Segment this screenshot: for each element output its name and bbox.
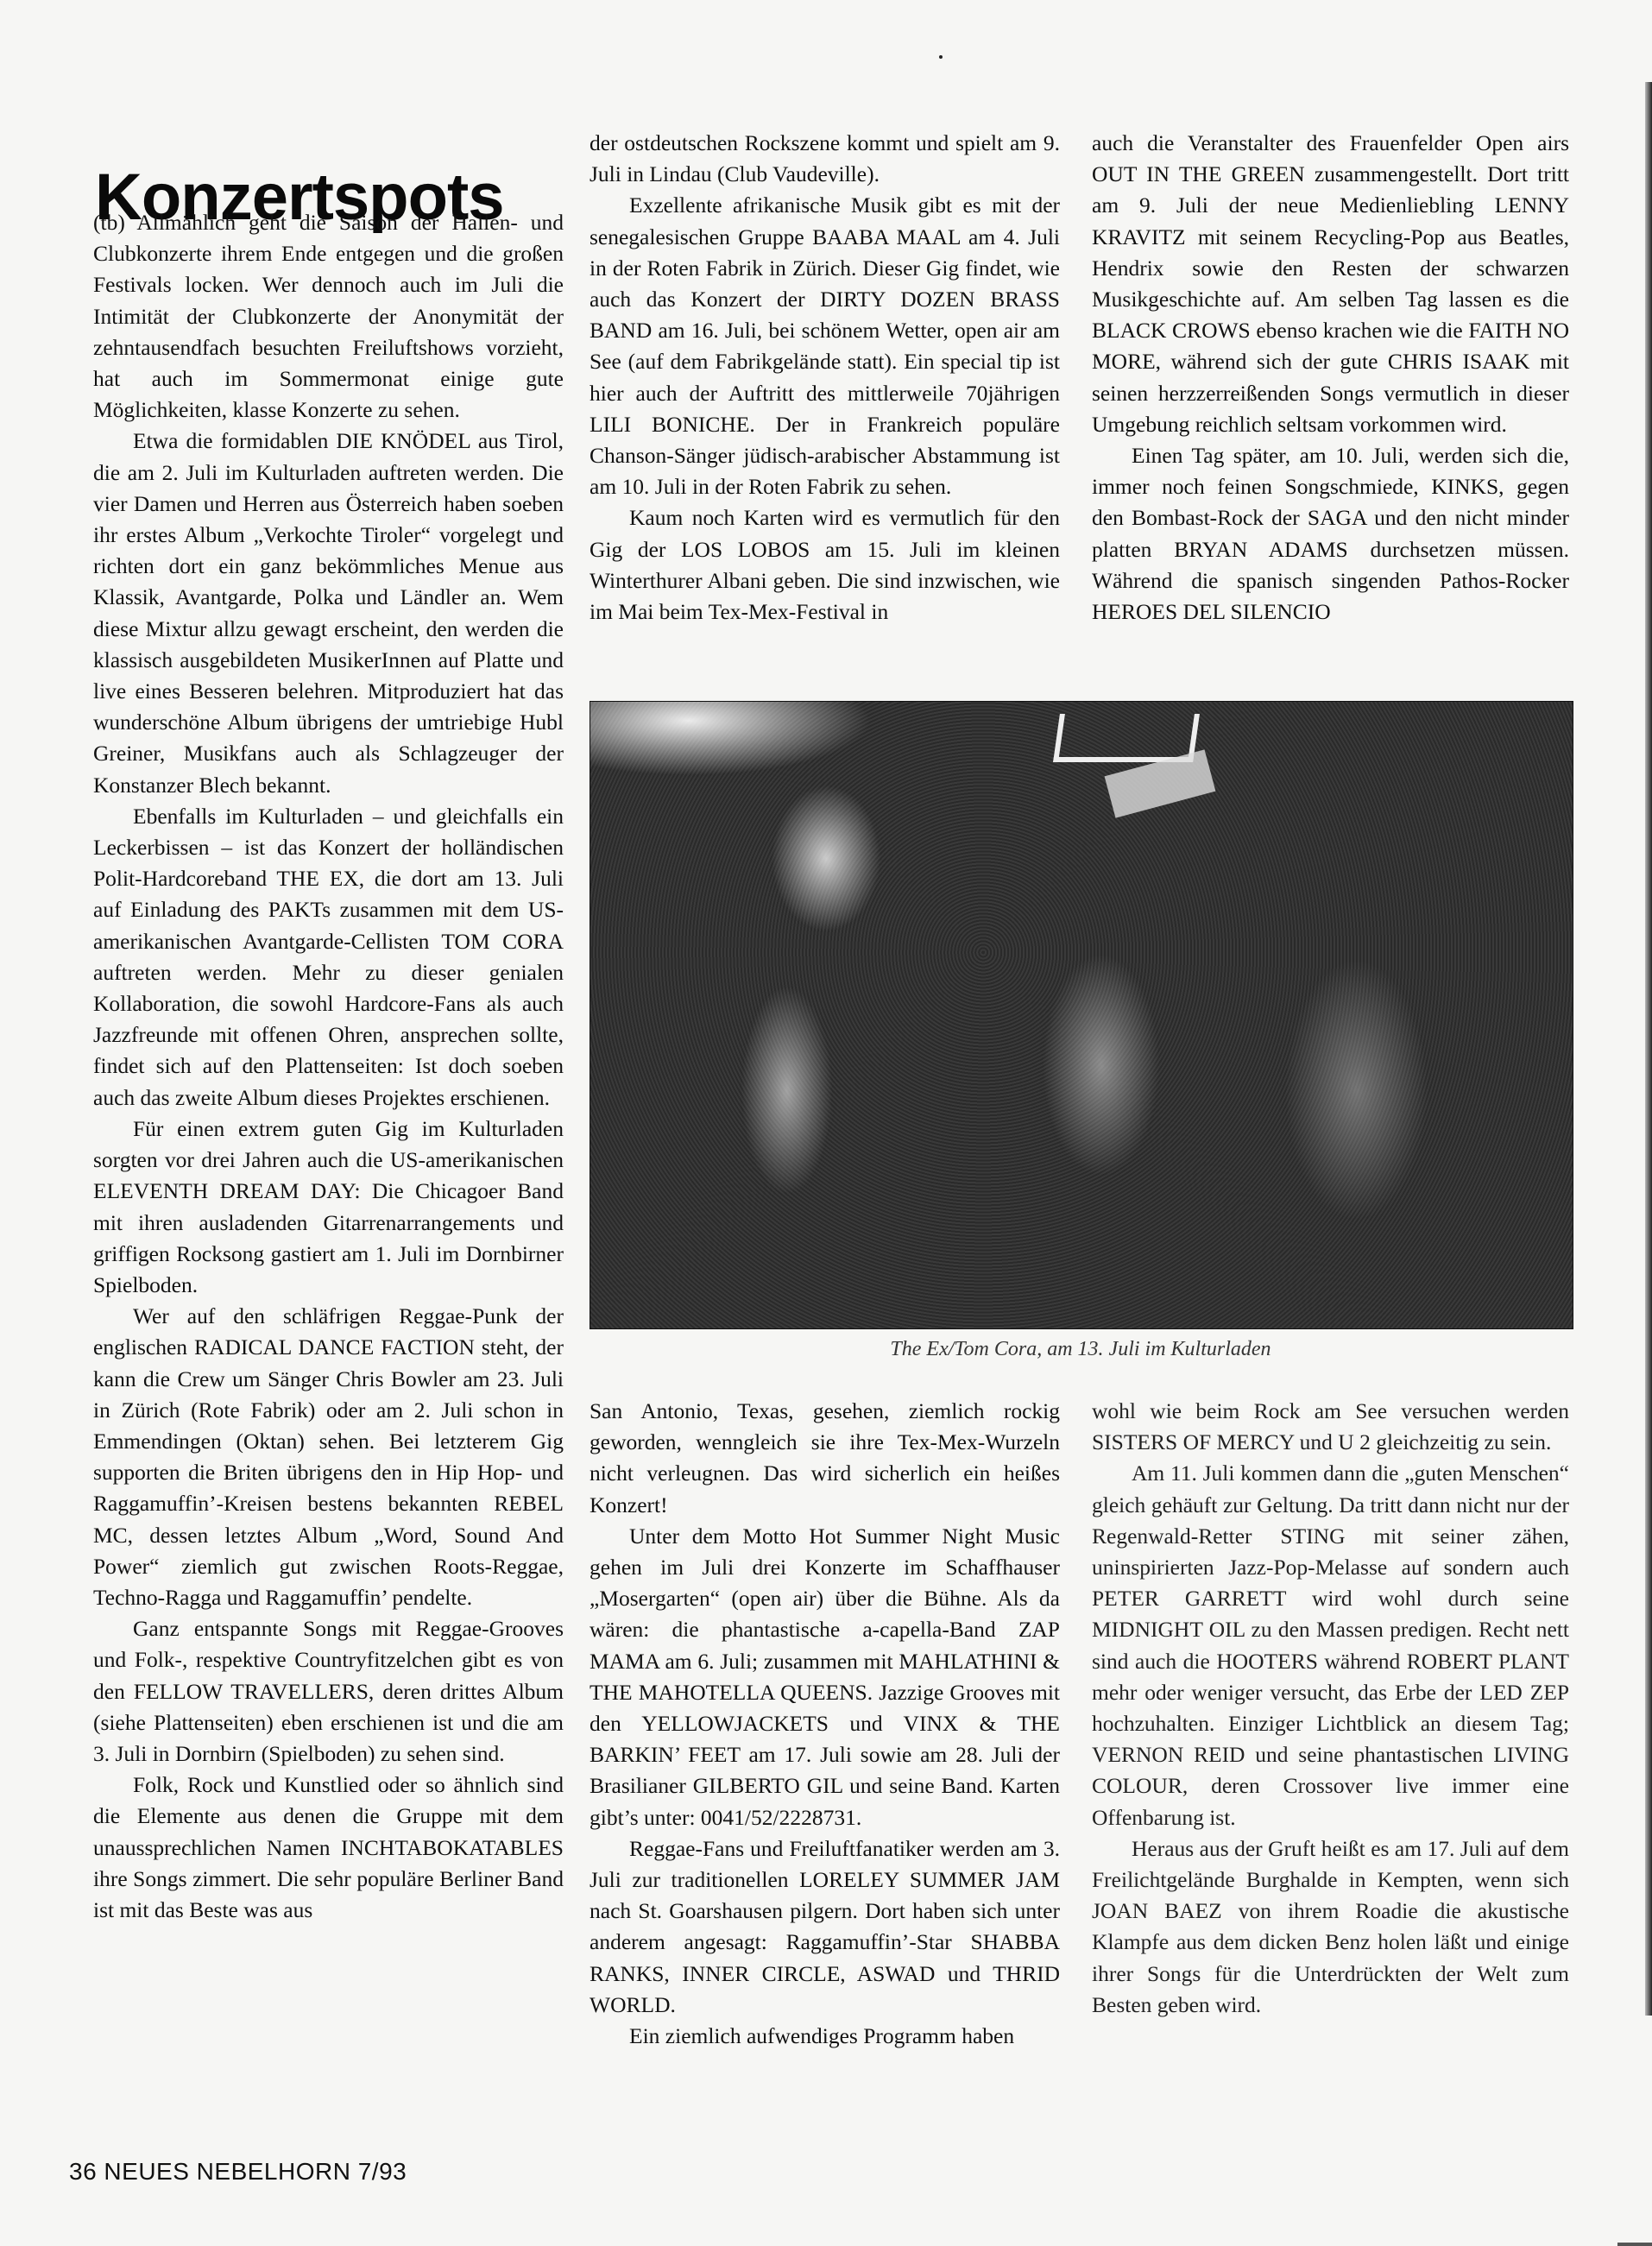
- paragraph: der ostdeutschen Rockszene kommt und spi…: [590, 128, 1060, 190]
- paragraph: Exzellente afrikanische Musik gibt es mi…: [590, 190, 1060, 502]
- article-column-3-bottom: wohl wie beim Rock am See versuchen werd…: [1092, 1396, 1569, 2021]
- article-column-2-bottom: San Antonio, Texas, gesehen, ziemlich ro…: [590, 1396, 1060, 2052]
- page-edge-shadow: [1645, 82, 1652, 2016]
- paragraph: wohl wie beim Rock am See versuchen werd…: [1092, 1396, 1569, 1458]
- paragraph: auch die Veranstalter des Frauenfelder O…: [1092, 128, 1569, 440]
- paragraph: (tb) Allmählich geht die Saison der Hall…: [93, 207, 564, 426]
- article-column-3-top: auch die Veranstalter des Frauenfelder O…: [1092, 128, 1569, 628]
- paragraph: Reggae-Fans und Freiluftfanatiker werden…: [590, 1833, 1060, 2021]
- concert-photo: [590, 701, 1573, 1329]
- print-speck: [939, 55, 943, 59]
- paragraph: Für einen extrem guten Gig im Kulturlade…: [93, 1114, 564, 1301]
- paragraph: San Antonio, Texas, gesehen, ziemlich ro…: [590, 1396, 1060, 1521]
- paragraph: Folk, Rock und Kunstlied oder so ähnlich…: [93, 1770, 564, 1926]
- paragraph: Ein ziemlich aufwendiges Programm haben: [590, 2021, 1060, 2052]
- paragraph: Unter dem Motto Hot Summer Night Music g…: [590, 1521, 1060, 1833]
- page-footer: 36 NEUES NEBELHORN 7/93: [69, 2158, 407, 2186]
- article-column-2-top: der ostdeutschen Rockszene kommt und spi…: [590, 128, 1060, 628]
- paragraph: Kaum noch Karten wird es vermutlich für …: [590, 502, 1060, 628]
- paragraph: Ebenfalls im Kulturladen – und gleichfal…: [93, 801, 564, 1114]
- stage-sign-shape: [1053, 714, 1200, 762]
- page-edge-shadow-bottom: [1617, 2243, 1652, 2246]
- paragraph: Wer auf den schläfrigen Reggae-Punk der …: [93, 1301, 564, 1613]
- paragraph: Ganz entspannte Songs mit Reggae-Grooves…: [93, 1613, 564, 1770]
- paragraph: Am 11. Juli kommen dann die „guten Mensc…: [1092, 1458, 1569, 1833]
- paragraph: Einen Tag später, am 10. Juli, werden si…: [1092, 440, 1569, 628]
- paragraph: Heraus aus der Gruft heißt es am 17. Jul…: [1092, 1833, 1569, 2021]
- paragraph: Etwa die formidablen DIE KNÖDEL aus Tiro…: [93, 426, 564, 800]
- article-column-1: (tb) Allmählich geht die Saison der Hall…: [93, 207, 564, 1926]
- photo-caption: The Ex/Tom Cora, am 13. Juli im Kulturla…: [590, 1338, 1572, 1361]
